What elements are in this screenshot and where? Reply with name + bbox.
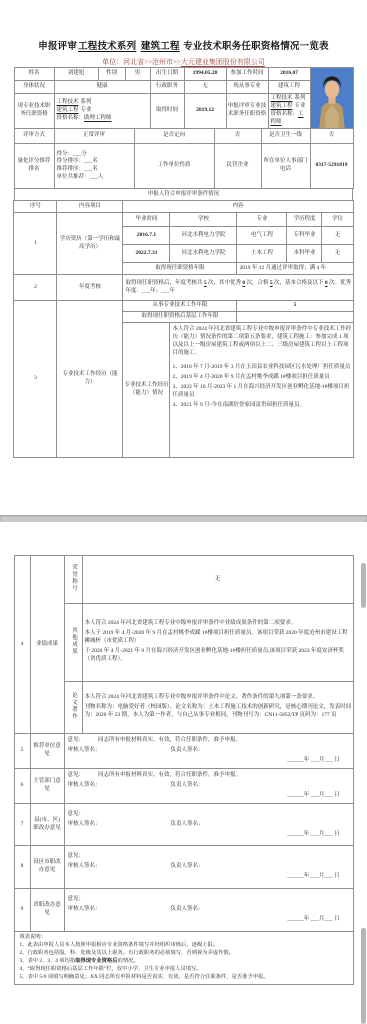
quant-score-label: 量化评分推荐排名: [14, 144, 54, 189]
title-pre: 申报评审: [38, 42, 77, 52]
row-basic-3: 现专业技术职务任职资格 工程技术系列 建筑工程专业 资格名称：助理工程师 取得时…: [14, 94, 353, 129]
current-major-value: 建筑工程: [268, 81, 310, 94]
op7-no: 7: [14, 804, 30, 846]
row-basic-2: 身体状况 健康 行政职务 无 现从事专业 建筑工程: [14, 81, 353, 94]
apply-qual-info: 工程技术系列 建筑工程专业 资格名称：工程师: [268, 94, 310, 129]
row-review: 评审方式 正常评审 是否定向 否 是否卫生一线 否: [14, 129, 353, 144]
edu-h-degree-level: 学历程度: [287, 213, 322, 227]
page-2: 4 业绩成果 荣誉称号 无 其他成果 本人符合 2024 年河北省建筑工程专业中…: [0, 555, 367, 985]
scrollbar-thumb-top[interactable]: [361, 563, 366, 608]
annual-no: 2: [14, 275, 57, 301]
row-opinion-6: 6 主管部门意见 意见：同志所有申报材料真实、有效，符合任职条件，准予申报。 审…: [14, 769, 353, 804]
op5-opinion-text: 同志所有申报材料真实、有效，符合任职条件，准予申报。: [98, 737, 241, 743]
op8-no: 8: [14, 846, 30, 889]
row-opinion-9: 9 省职改办意见 意见： 审核人签名：负责人签名： ______年 ___月__…: [14, 889, 353, 932]
tenure-label: 取得现任职资格年限: [123, 263, 237, 275]
annual-count-pass: 5: [270, 280, 273, 286]
sex-label: 性别: [98, 68, 125, 81]
work-no: 3: [14, 301, 57, 458]
apply-qual-label: 申报评审专业技术职务任职资格: [226, 94, 268, 129]
admin-post-label: 行政职务: [150, 81, 184, 94]
op6-content: 意见：同志所有申报材料真实、有效，符合任职条件，准予申报。 审核人签名：负责人签…: [64, 769, 353, 804]
unit-type-label: 工作单位性质: [134, 144, 214, 189]
unit-line: 单位：河北省>>沧州市>>大元建业集团股份有限公司: [0, 57, 367, 67]
tenure-value: 2019 年 12 月通过评审取得；满 4 年: [237, 263, 353, 275]
edu-h-school: 学校: [170, 213, 237, 227]
directed-value: 否: [214, 129, 261, 144]
obtain-time-label: 取得时间: [150, 94, 184, 129]
papers-text: 本人符合 2024 年河北省建筑工程专业中级申报评审条件中论文、著作条件的第九项…: [82, 682, 353, 734]
work-detail-label: 专业技术工作经历（能力）情况: [123, 323, 170, 458]
op9-no: 9: [14, 889, 30, 932]
page-1: 申报评审工程技术系列 建筑工程 专业技术职务任职资格情况一览表 单位：河北省>>…: [0, 0, 367, 458]
edu-h-degree: 学位: [322, 213, 353, 227]
op5-item-label: 推荐单位意见: [30, 734, 64, 769]
op7-date-line: ______年 ___月___ 日: [66, 831, 352, 839]
op5-no: 5: [14, 734, 30, 769]
op7-item-label: 县(市、区)职改办意见: [30, 804, 64, 846]
title-major: 建筑工程: [141, 42, 180, 52]
row-opinion-7: 7 县(市、区)职改办意见 意见： 审核人签名：负责人签名： ______年 _…: [14, 804, 353, 846]
section-header: 申报人符合申报评审条件情况: [15, 189, 353, 201]
current-major-label: 现从事专业: [226, 81, 268, 94]
apply-major: 建筑工程: [271, 103, 293, 109]
paper-para-2: 刊物名称为：电脑爱好者（校园版）、论文名称为：土木工程施工技术的创新研究，是核心…: [85, 704, 352, 720]
birth-value: 1994.05.28: [184, 68, 226, 81]
scrollbar-thumb-bottom[interactable]: [361, 928, 366, 1024]
paper-para-1: 本人符合 2024 年河北省建筑工程专业中级申报评审条件中论文、著作条件的第九项…: [85, 694, 352, 702]
note-3-post: 的情况。: [118, 958, 139, 964]
row-honor: 4 业绩成果 荣誉称号 无: [14, 556, 353, 604]
name-value: 刘建旭: [54, 68, 98, 81]
note-4: 4、“取得现任职资格后基层工作年限”栏，仅中小学、卫生专业申报人员填写。: [20, 966, 348, 974]
apply-series: 工程技术: [271, 95, 293, 101]
hr-phone-label: 所在单位人事部门电话: [261, 144, 310, 189]
doc-title: 申报评审工程技术系列 建筑工程 专业技术职务任职资格情况一览表: [0, 38, 367, 52]
annual-count-below: 0: [325, 280, 328, 286]
work-start-label: 参加工作时间: [226, 68, 268, 81]
page2-table: 4 业绩成果 荣誉称号 无 其他成果 本人符合 2024 年河北省建筑工程专业中…: [14, 555, 354, 985]
note-3-pre: 3、表中 2、3、4 项均指: [20, 958, 76, 964]
sex-value: 男: [125, 68, 150, 81]
op6-date-line: ______年 ___月___ 日: [66, 792, 352, 800]
health-frontline-value: 否: [310, 129, 353, 144]
op5-date-line: ______年 ___月___ 日: [66, 757, 352, 765]
papers-vertical-text: 论文著作: [69, 692, 77, 720]
op8-item-label: 设区市职改办意见: [30, 846, 64, 889]
page-separator: [0, 515, 367, 522]
row-papers: 论文著作 本人符合 2024 年河北省建筑工程专业中级申报评审条件中论文、著作条…: [14, 682, 353, 734]
edu1-school: 河北水利电力学院: [170, 227, 237, 245]
unit-region: 河北省>>沧州市>>: [123, 58, 181, 66]
other-achievements-label: 其他成果: [64, 604, 82, 682]
unit-company: 大元建业集团股份有限公司: [181, 58, 265, 66]
work-detail-text: 本人符合 2024 年河北省建筑工程专业中级申报评审条件中专业技术工作经历（能力…: [170, 323, 353, 458]
op7-leader-sign: 负责人签名：: [171, 821, 204, 827]
annual-item-label: 年度考核: [57, 275, 123, 301]
note-5: 5、表中 5-9 项填写明确意见；XX 同志所有申报材料是否真实、有效，是否符合…: [20, 974, 348, 982]
annual-count-excellent: 0: [242, 280, 245, 286]
other-achievements-vertical-text: 其他成果: [69, 627, 77, 655]
honor-title-value: 无: [82, 556, 353, 604]
annual-p3: 次，合格: [247, 280, 269, 286]
qual-name-label: 资格名称：: [57, 115, 85, 121]
op5-auditor-sign: 审核人签名：: [68, 747, 101, 753]
row-work-years: 3 专业技术工作经历（能力） 从事专业技术工作年限 5: [14, 301, 353, 312]
person-photo-graphic: [311, 68, 353, 128]
work-years-label: 从事专业技术工作年限: [123, 301, 237, 312]
edu2-major: 土木工程: [237, 245, 287, 263]
op5-content: 意见：同志所有申报材料真实、有效，符合任职条件，准予申报。 审核人签名：负责人签…: [64, 734, 353, 769]
op8-opinion-label: 意见：: [68, 853, 85, 859]
score-row-table: 量化评分推荐排名 得分：___分 得分排序：___名 推荐排序：___名 单位共…: [14, 143, 354, 189]
edu1-level: 专科毕业: [287, 227, 322, 245]
health-frontline-label: 是否卫生一线: [261, 129, 310, 144]
row-opinion-8: 8 设区市职改办意见 意见： 审核人签名：负责人签名： ______年 ___月…: [14, 846, 353, 889]
work-para-summary: 本人符合 2024 年河北省建筑工程专业中级申报评审条件中专业技术工作经历（能力…: [172, 326, 351, 358]
op9-leader-sign: 负责人签名：: [171, 906, 204, 912]
review-method-value: 正常评审: [54, 129, 134, 144]
op8-date-line: ______年 ___月___ 日: [66, 873, 352, 881]
op8-auditor-sign: 审核人签名：: [68, 863, 101, 869]
current-qual-label: 现专业技术职务任职资格: [14, 94, 54, 129]
title-series: 工程技术系列: [78, 42, 136, 52]
edu2-level: 本科毕业: [287, 245, 322, 263]
apply-name-label: 资格名称：: [271, 111, 299, 117]
op9-opinion-label: 意见：: [68, 896, 85, 902]
col-item-header: 内容项目: [57, 201, 123, 213]
birth-label: 出生日期: [150, 68, 184, 81]
honor-title-vertical-text: 荣誉称号: [69, 564, 77, 592]
edu1-time: 2016.7.1: [123, 227, 170, 245]
op6-opinion-text: 同志所有申报材料真实、有效，符合任职条件，准予申报。: [98, 772, 241, 778]
op7-opinion-label: 意见：: [68, 811, 85, 817]
annual-p4: 次，基本合格及以下: [274, 280, 324, 286]
edu2-time: 2022.7.31: [123, 245, 170, 263]
review-row-table: 评审方式 正常评审 是否定向 否 是否卫生一线 否: [14, 128, 354, 144]
work-para-3: 3、2022 年 10 月-2023 年 1 月在海兴经济开发区创业孵化基地-1…: [172, 384, 351, 400]
row-annual: 2 年度考核 取得现任职资格后，年度考核共 5 次，其中优秀 0 次，合格 5 …: [14, 275, 353, 301]
work-para-2: 2、2019 年 4 月-2020 年 9 月在孟村桃李成蹊 1#楼项目担任质量…: [172, 374, 351, 382]
conditions-table: 序号 内容项目 内容 1 学历资历（第一学历和最高学历） 毕业时间 学校 专业 …: [13, 200, 353, 458]
annual-p1: 取得现任职资格后，年度考核共: [125, 280, 202, 286]
other-para-2: 本人于 2019 年 4 月-2020 年 9 月在孟村桃李成蹊 1#楼项目担任…: [85, 630, 352, 646]
current-qual-name: 助理工程师: [84, 115, 112, 121]
op9-item-label: 省职改办意见: [30, 889, 64, 932]
op8-leader-sign: 负责人签名：: [171, 863, 204, 869]
work-start-value: 2016.07: [268, 68, 310, 81]
edu2-school: 河北水利电力学院: [170, 245, 237, 263]
op7-content: 意见： 审核人签名：负责人签名： ______年 ___月___ 日: [64, 804, 353, 846]
op7-auditor-sign: 审核人签名：: [68, 821, 101, 827]
unit-total-line: 单位共推荐：___人: [57, 174, 133, 182]
major-suffix: 专业: [81, 107, 92, 113]
edu1-degree: 无: [322, 227, 353, 245]
quant-score-lines: 得分：___分 得分排序：___名 推荐排序：___名 单位共推荐：___人: [54, 144, 134, 189]
row-score: 量化评分推荐排名 得分：___分 得分排序：___名 推荐排序：___名 单位共…: [14, 144, 353, 189]
op5-leader-sign: 负责人签名：: [171, 747, 204, 753]
op6-auditor-sign: 审核人签名：: [68, 782, 101, 788]
filling-notes: 填表说明： 1、此表由申报人员本人按照申报相应专业资格条件填写并经组织审核后，逐…: [14, 932, 353, 985]
work-years-value: 5: [237, 301, 353, 312]
work-item-label: 专业技术工作经历（能力）: [57, 301, 123, 458]
annual-p2: 次，其中优秀: [208, 280, 241, 286]
note-3: 3、表中 2、3、4 项均指取得现专业资格后的情况。: [20, 958, 348, 966]
row-opinion-5: 5 推荐单位意见 意见：同志所有申报材料真实、有效，符合任职条件，准予申报。 审…: [14, 734, 353, 769]
achievement-item-label: 业绩成果: [30, 556, 64, 734]
op9-date-line: ______年 ___月___ 日: [66, 916, 352, 924]
current-qual-info: 工程技术系列 建筑工程专业 资格名称：助理工程师: [54, 94, 150, 129]
obtain-time-value: 2019.12: [184, 94, 226, 129]
apply-series-suffix: 系列: [295, 95, 306, 101]
achievement-no: 4: [14, 556, 30, 734]
apply-major-suffix: 专业: [295, 103, 306, 109]
work-base-value: [237, 312, 353, 323]
honor-title-label: 荣誉称号: [64, 556, 82, 604]
current-qual-major: 建筑工程: [57, 107, 79, 113]
row-basic-1: 姓名 刘建旭 性别 男 出生日期 1994.05.28 参加工作时间 2016.…: [14, 68, 353, 81]
series-suffix: 系列: [81, 99, 92, 105]
work-base-label: 取得现任职资格后基层工作年限: [123, 312, 237, 323]
annual-count-total: 5: [204, 280, 207, 286]
col-no-header: 序号: [14, 201, 57, 213]
annual-text: 取得现任职资格后，年度考核共 5 次，其中优秀 0 次，合格 5 次，基本合格及…: [123, 275, 353, 301]
op8-content: 意见： 审核人签名：负责人签名： ______年 ___月___ 日: [64, 846, 353, 889]
edu-h-grad-time: 毕业时间: [123, 213, 170, 227]
op6-no: 6: [14, 769, 30, 804]
other-para-3: 于 2020 年 4 月-2021 年 9 月在海兴经济开发区创业孵化基地-1#…: [85, 648, 352, 664]
other-achievements-text: 本人符合 2024 年河北省建筑工程专业中级申报评审条件中业绩成果条件的第二项要…: [82, 604, 353, 682]
other-para-1: 本人符合 2024 年河北省建筑工程专业中级申报评审条件中业绩成果条件的第二项要…: [85, 620, 352, 628]
row-other-achievements: 其他成果 本人符合 2024 年河北省建筑工程专业中级申报评审条件中业绩成果条件…: [14, 604, 353, 682]
op6-item-label: 主管部门意见: [30, 769, 64, 804]
work-para-4: 4、2021 年 9 月-今在南湖倍誉家园富贵园担任质量员。: [172, 402, 351, 410]
current-series: 工程技术: [57, 99, 79, 105]
hr-phone-value: 0317-5291819: [310, 144, 353, 189]
edu2-degree: 无: [322, 245, 353, 263]
health-value: 健康: [54, 81, 150, 94]
row-notes: 填表说明： 1、此表由申报人员本人按照申报相应专业资格条件填写并经组织审核后，逐…: [14, 932, 353, 985]
health-label: 身体状况: [14, 81, 54, 94]
op9-content: 意见： 审核人签名：负责人签名： ______年 ___月___ 日: [64, 889, 353, 932]
row-edu-header: 1 学历资历（第一学历和最高学历） 毕业时间 学校 专业 学历程度 学位: [14, 213, 353, 227]
title-post: 专业技术职务任职资格情况一览表: [183, 42, 329, 52]
edu1-major: 电气工程: [237, 227, 287, 245]
edu-no: 1: [14, 213, 57, 275]
admin-post-value: 无: [184, 81, 226, 94]
unit-type-value: 民营企业: [214, 144, 261, 189]
review-method-label: 评审方式: [14, 129, 54, 144]
edu-item-label: 学历资历（第一学历和最高学历）: [57, 213, 123, 275]
note-3-bold: 取得现专业资格后: [75, 958, 117, 964]
applicant-photo: [310, 68, 353, 129]
directed-label: 是否定向: [134, 129, 214, 144]
name-label: 姓名: [14, 68, 54, 81]
edu-h-major: 专业: [237, 213, 287, 227]
op6-opinion-label: 意见：: [68, 772, 85, 778]
op9-auditor-sign: 审核人签名：: [68, 906, 101, 912]
op6-leader-sign: 负责人签名：: [171, 782, 204, 788]
row-cols-header: 序号 内容项目 内容: [14, 201, 353, 213]
basic-info-table: 姓名 刘建旭 性别 男 出生日期 1994.05.28 参加工作时间 2016.…: [14, 67, 354, 129]
papers-label: 论文著作: [64, 682, 82, 734]
op5-opinion-label: 意见：: [68, 737, 85, 743]
unit-label: 单位：: [102, 58, 123, 66]
col-content-header: 内容: [123, 201, 353, 213]
work-para-1: 1、2016 年 7 月-2019 年 3 月在玉田县农业科技园区污水处理厂担任…: [172, 364, 351, 372]
